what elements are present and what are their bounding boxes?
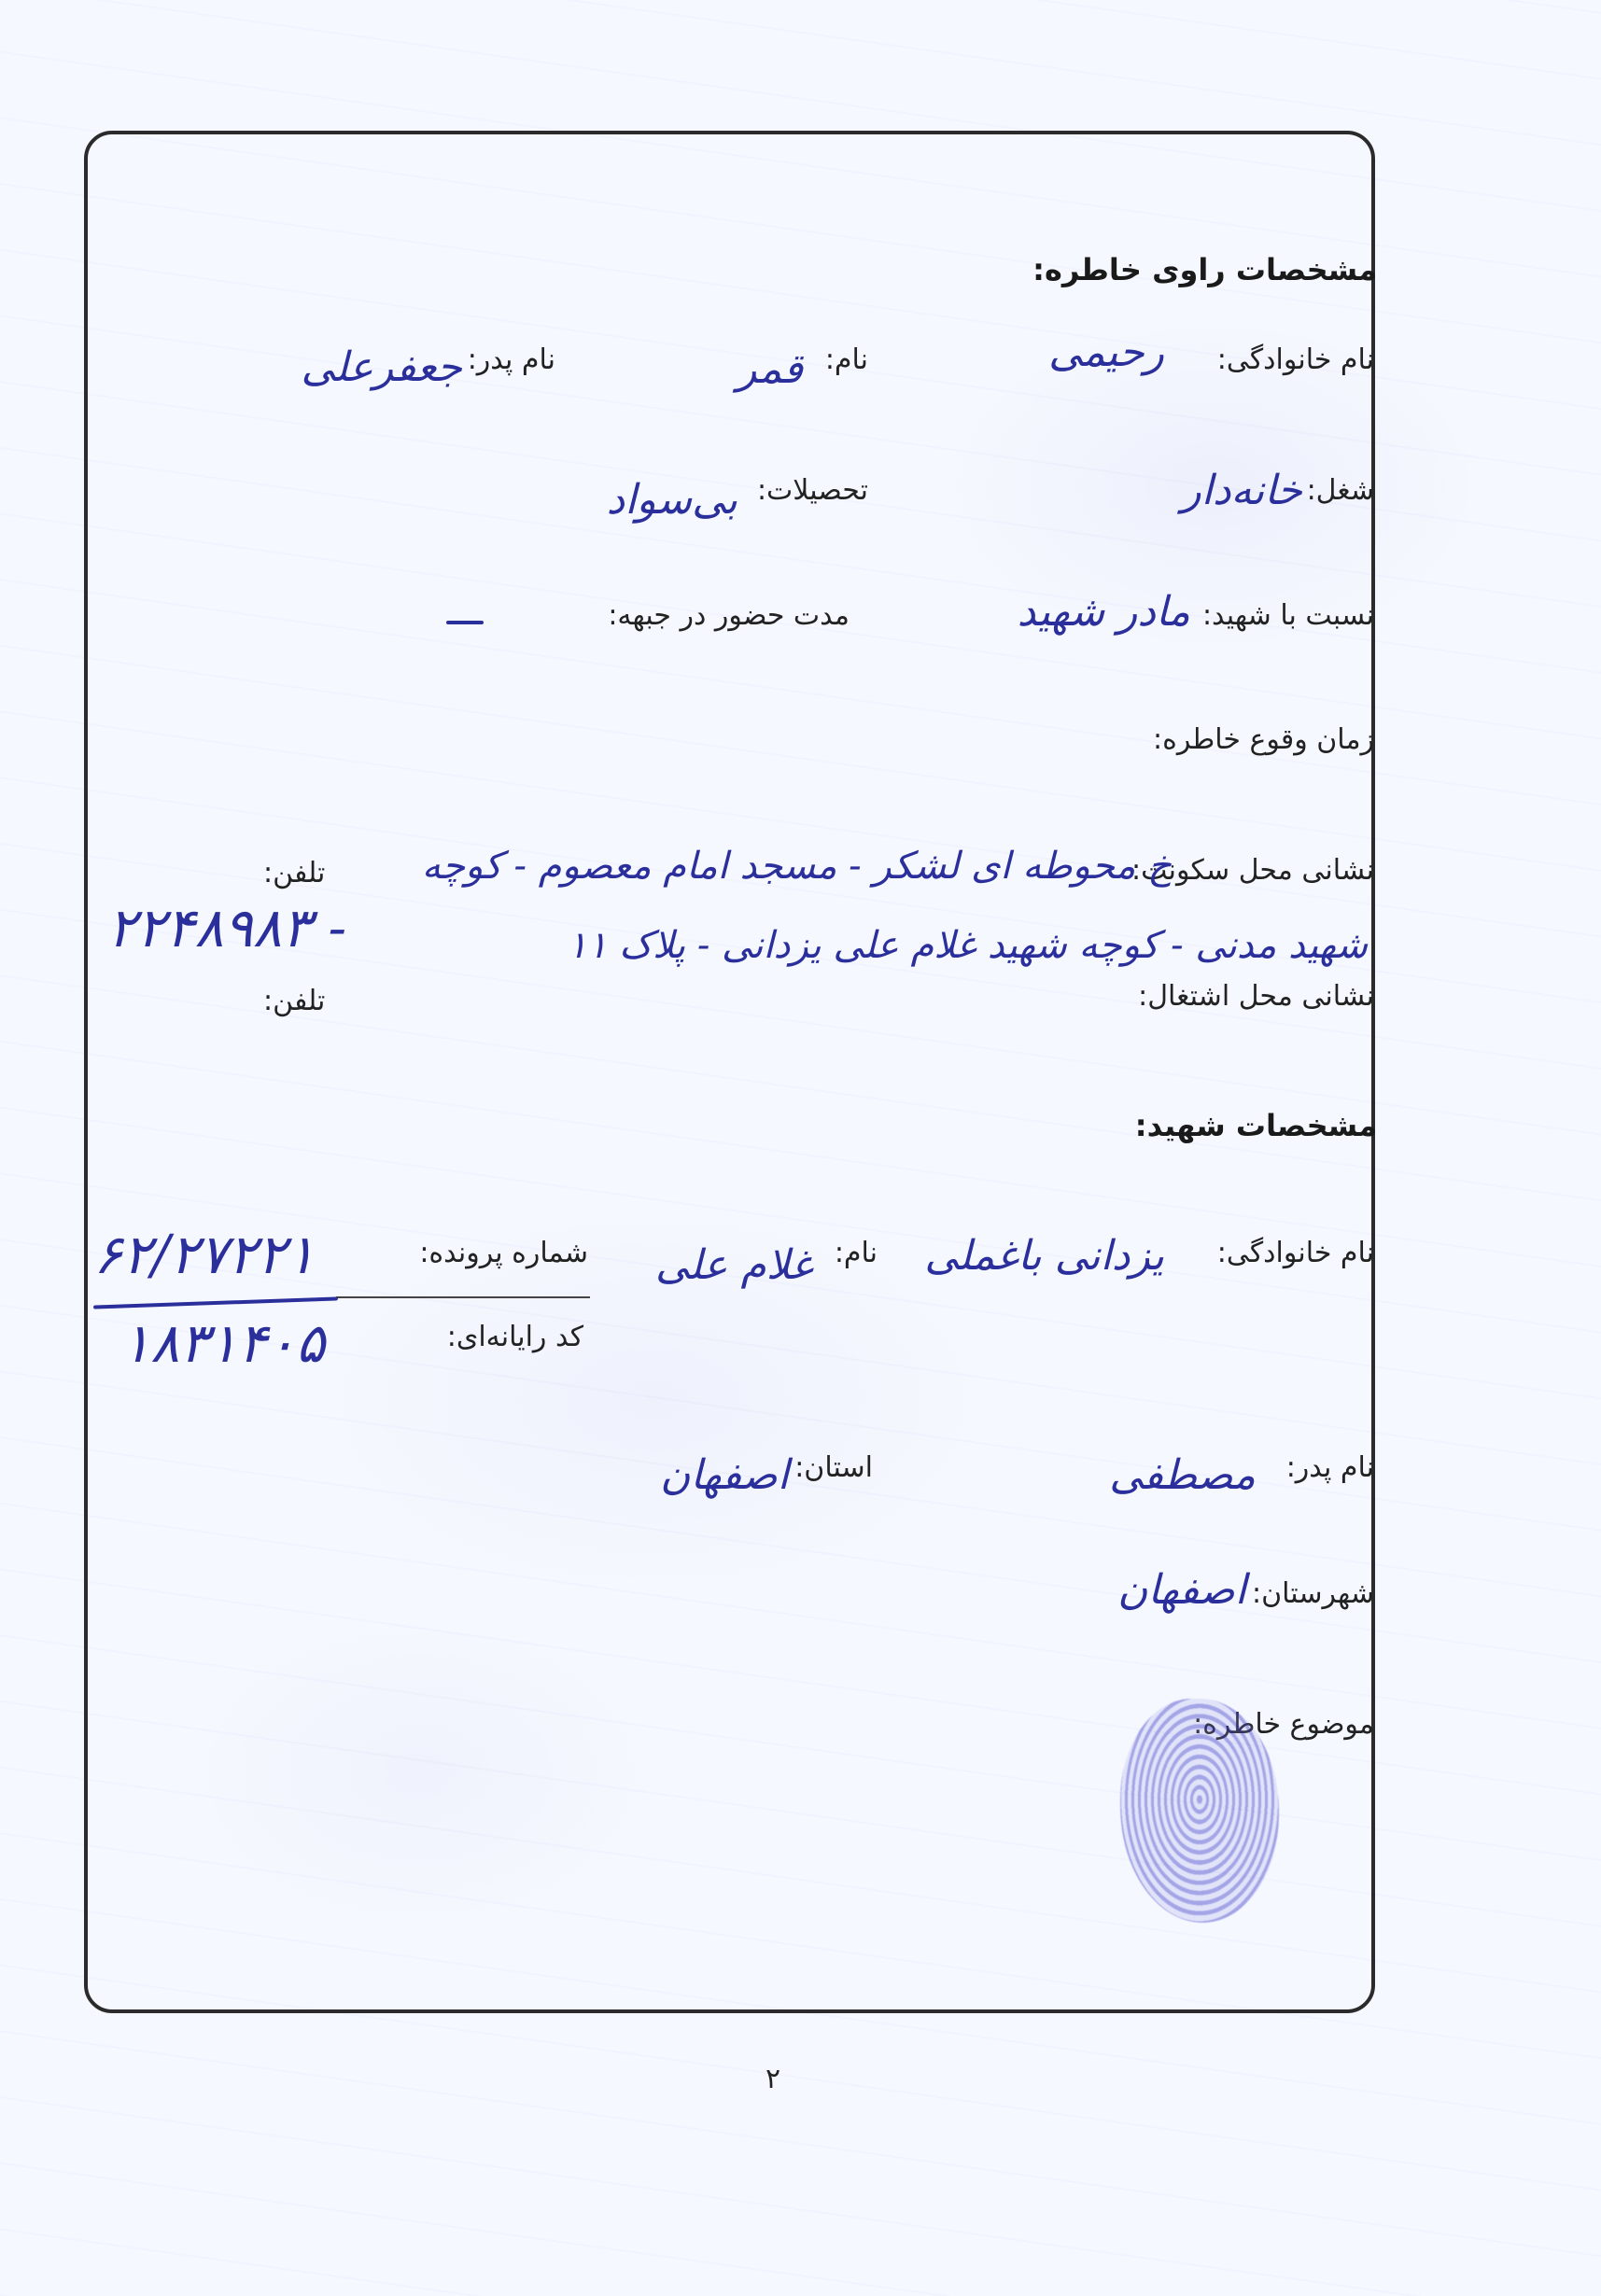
martyr-section-heading: مشخصات شهید: [1135,1108,1377,1143]
file-number-value: ۶۲/۲۷۲۲۱ [93,1223,316,1286]
martyr-family-name-value: یزدانی باغملی [924,1232,1164,1280]
martyr-father-name-label: نام پدر: [1286,1451,1374,1484]
narrator-front-duration-value [446,621,484,624]
narrator-first-name-value: قمر [737,345,803,393]
narrator-front-duration-label: مدت حضور در جبهه: [608,599,850,632]
work-address-label: نشانی محل اشتغال: [1138,980,1374,1013]
martyr-family-name-label: نام خانوادگی: [1217,1237,1374,1269]
page-number: ۲ [765,2063,780,2095]
work-phone-label: تلفن: [263,985,325,1017]
narrator-occupation-value: خانه‌دار [1181,467,1302,514]
computer-code-label: کد رایانه‌ای: [447,1321,583,1353]
narrator-relation-label: نسبت با شهید: [1202,599,1374,632]
computer-code-value: ۱۸۳۱۴۰۵ [121,1311,325,1375]
residence-phone-label: تلفن: [263,857,325,889]
narrator-family-name-label: نام خانوادگی: [1217,343,1374,376]
martyr-father-name-value: مصطفی [1109,1451,1256,1499]
province-value: اصفهان [660,1451,789,1499]
fingerprint-stamp [1120,1699,1279,1923]
martyr-first-name-label: نام: [835,1237,878,1269]
narrator-occupation-label: شغل: [1307,474,1374,507]
narrator-father-name-value: جعفرعلی [302,343,462,391]
narrator-father-name-label: نام پدر: [468,343,555,376]
residence-address-value: خ محوطه ای لشکر - مسجد امام معصوم - کوچه [422,845,1172,888]
narrator-family-name-value: رحیمی [1048,329,1164,376]
residence-phone-value: ۲۲۴۸۹۸۳ - [107,896,346,959]
county-value: اصفهان [1117,1566,1246,1614]
work-address-value: شهید مدنی - کوچه شهید غلام علی یزدانی - … [568,924,1368,967]
narrator-first-name-label: نام: [825,343,868,376]
martyr-first-name-value: غلام علی [655,1241,812,1289]
narrator-education-label: تحصیلات: [757,474,868,507]
province-label: استان: [794,1451,873,1484]
county-label: شهرستان: [1252,1577,1374,1610]
file-number-underline [336,1296,590,1298]
narrator-education-value: بی‌سواد [607,476,737,524]
narrator-section-heading: مشخصات راوی خاطره: [1032,252,1377,287]
narrator-relation-value: مادر شهید [1018,588,1190,636]
memory-time-label: زمان وقوع خاطره: [1153,723,1374,756]
file-number-label: شماره پرونده: [419,1237,588,1269]
